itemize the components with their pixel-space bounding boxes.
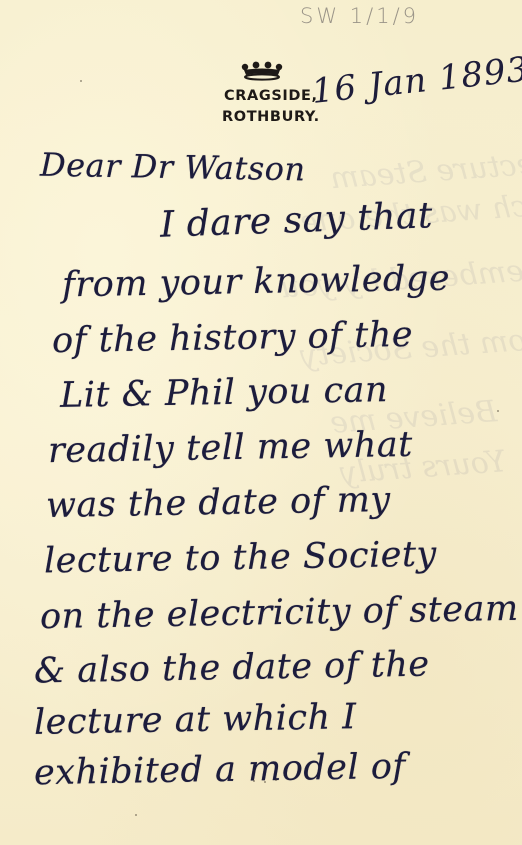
paper-speck (135, 814, 137, 816)
body-line: lecture to the Society (44, 535, 437, 582)
paper-speck (80, 80, 82, 82)
letter-page: of the Lecture Steam which was the one r… (0, 0, 522, 845)
letter-date: 16 Jan 1893 (310, 49, 522, 112)
body-line: lecture at which I (34, 697, 357, 743)
reverse-show-through: of the Lecture Steam (329, 139, 522, 196)
body-line: from your knowledge (62, 259, 451, 306)
body-line: Lit & Phil you can (60, 370, 389, 416)
body-line: on the electricity of steam (40, 589, 519, 637)
letterhead-line: ROTHBURY. (222, 107, 320, 128)
body-line: exhibited a model of (34, 747, 406, 793)
crown-icon (240, 61, 284, 81)
paper-speck (497, 410, 499, 412)
archive-reference: SW 1/1/9 (300, 4, 419, 28)
body-line: was the date of my (46, 480, 391, 526)
body-line: & also the date of the (34, 645, 430, 692)
letterhead-address: CRAGSIDE, ROTHBURY. (222, 86, 320, 128)
body-line: readily tell me what (48, 425, 413, 471)
paper-speck (275, 779, 277, 781)
body-line: of the history of the (52, 315, 414, 361)
paper-speck (253, 780, 255, 782)
paper-speck (264, 781, 266, 783)
body-line: I dare say that (159, 195, 433, 246)
letterhead-line: CRAGSIDE, (222, 86, 320, 107)
salutation: Dear Dr Watson (40, 146, 306, 189)
